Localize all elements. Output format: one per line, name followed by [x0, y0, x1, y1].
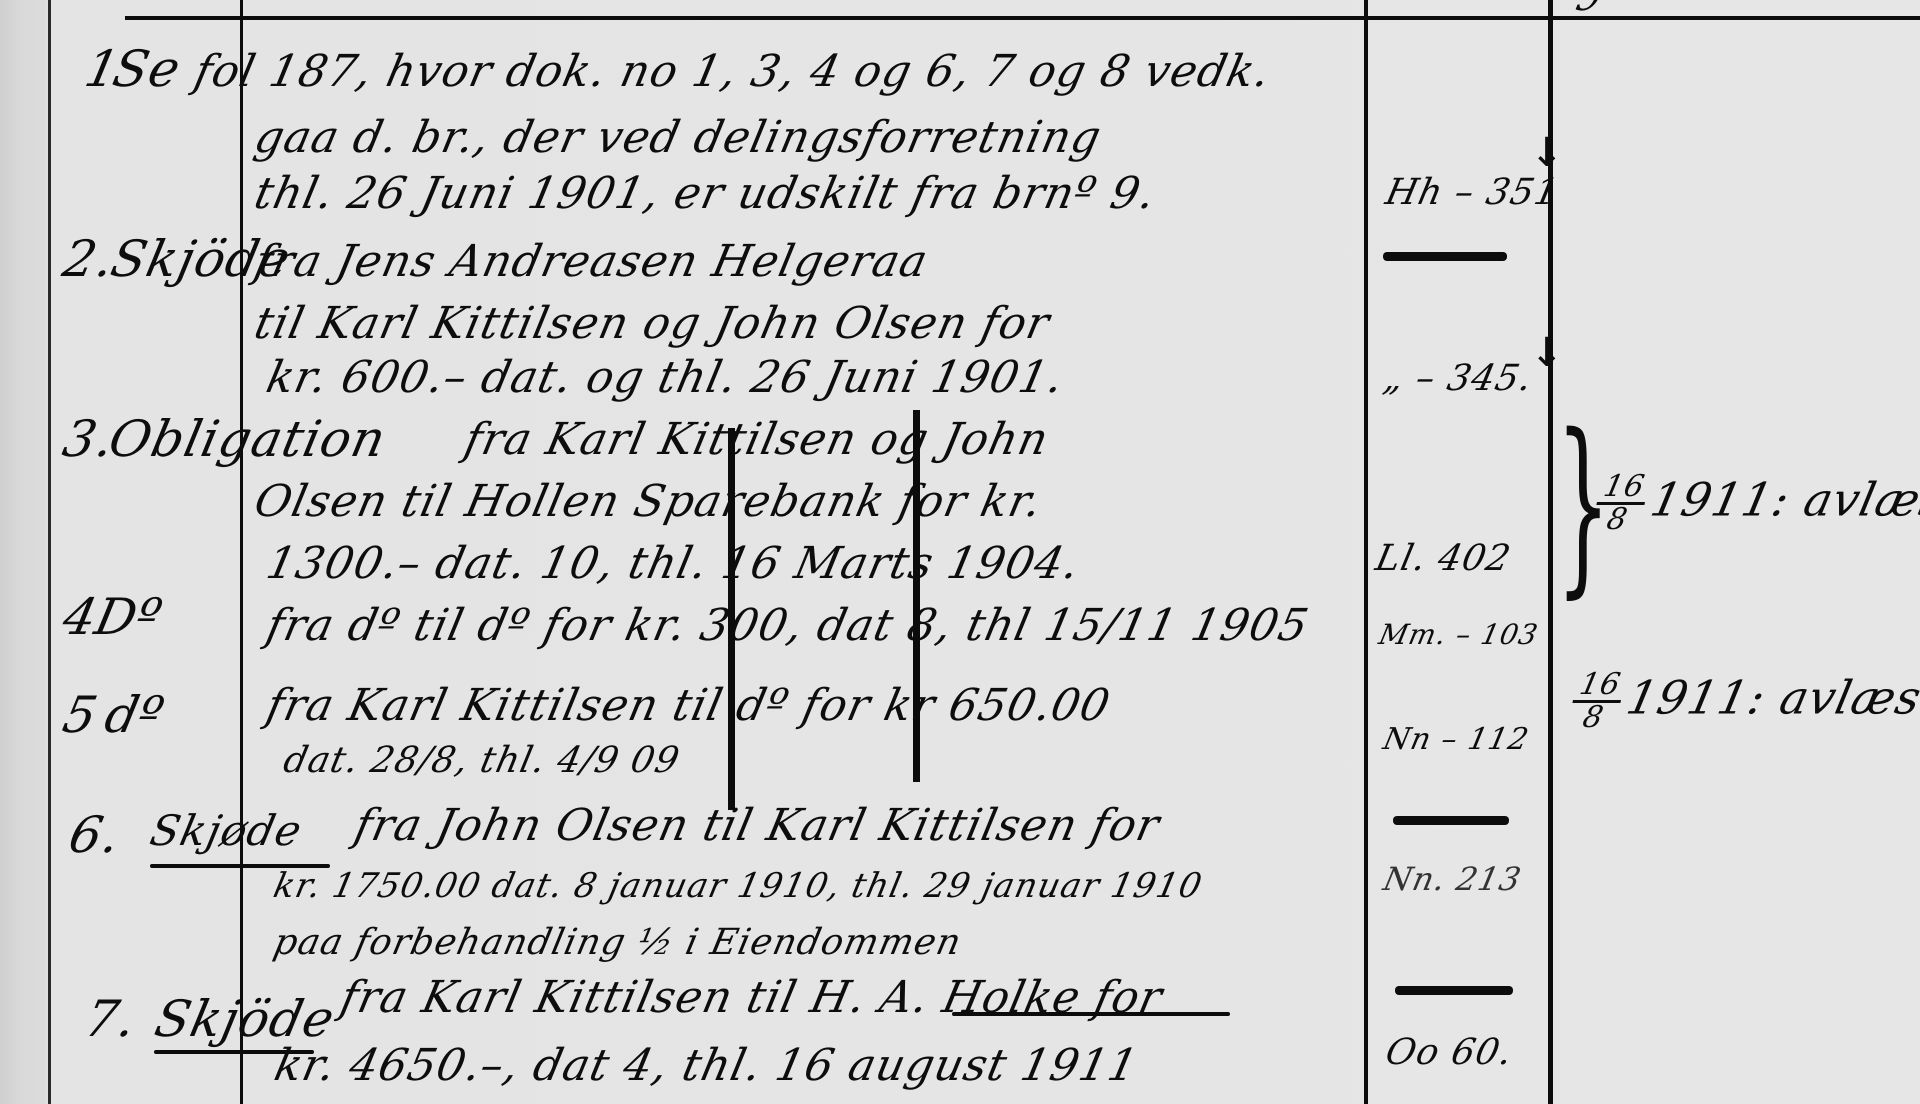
- entry-7-reference: Oo 60.: [1382, 1032, 1517, 1073]
- cancellation-stroke: [728, 428, 735, 810]
- entry-1-line-3: thl. 26 Juni 1901, er udskilt fra brnº 9…: [250, 168, 1161, 219]
- entry-6-line-3: paa forbehandling ½ i Eiendommen: [270, 922, 965, 963]
- entry-1-line-2: gaa d. br., der ved delingsforretning: [250, 112, 1106, 163]
- entry-2-reference: „ – 345.: [1380, 358, 1536, 399]
- entry-1-reference: Hh – 351: [1382, 172, 1563, 213]
- entry-6-type: Skjøde: [146, 806, 307, 855]
- entry-6-line-2: kr. 1750.00 dat. 8 januar 1910, thl. 29 …: [270, 866, 1206, 906]
- header-rule: [125, 16, 1920, 20]
- entry-2-line-2: til Karl Kittilsen og John Olsen for: [250, 298, 1055, 349]
- cancellation-stroke: [913, 410, 920, 782]
- remark-text: 1911: avlæste: [1646, 473, 1920, 527]
- entry-1-line-1: fol 187, hvor dok. no 1, 3, 4 og 6, 7 og…: [190, 46, 1275, 97]
- entry-2-line-1: fra Jens Andreasen Helgeraa: [250, 236, 933, 287]
- entry-5-type: dº: [100, 686, 170, 744]
- remark-entries-3-4: 1681911: avlæste: [1590, 472, 1920, 535]
- entry-6-reference: Nn. 213: [1380, 860, 1525, 898]
- entry-4-reference: Mm. – 103: [1376, 618, 1541, 651]
- entry-5-number: 5: [58, 686, 103, 744]
- entry-7-line-2: kr. 4650.–, dat 4, thl. 16 august 1911: [270, 1040, 1143, 1091]
- entry-3-line-3: 1300.– dat. 10, thl. 16 Marts 1904.: [262, 538, 1084, 589]
- entry-2-line-3: kr. 600.– dat. og thl. 26 Juni 1901.: [262, 352, 1069, 403]
- entry-3-type: Obligation: [104, 410, 392, 468]
- entry-4-type: Dº: [90, 588, 168, 646]
- entry-3-line-1: fra Karl Kittilsen og John: [460, 414, 1053, 465]
- entry-4-line-1: fra dº til dº for kr. 300, dat 8, thl 15…: [262, 600, 1313, 651]
- grantee-underline: [952, 1012, 1230, 1016]
- entry-5-reference: Nn – 112: [1380, 722, 1532, 757]
- entry-1-type: Se: [108, 40, 186, 98]
- entry-6-line-1: fra John Olsen til Karl Kittilsen for: [350, 800, 1164, 851]
- entry-5-line-2: dat. 28/8, thl. 4/9 09: [280, 740, 684, 781]
- remark-text: 1911: avlæst: [1622, 671, 1920, 725]
- entry-6-number: 6.: [64, 806, 126, 864]
- entry-3-line-2: Olsen til Hollen Sparebank for kr.: [250, 476, 1047, 527]
- column-rule-entry: [240, 0, 243, 1104]
- remark-entry-5: 1681911: avlæst: [1566, 670, 1920, 733]
- remark-date-fraction: 168: [1566, 670, 1628, 733]
- entry-3-reference: Ll. 402: [1372, 538, 1515, 579]
- checkmark-icon: ↓: [1530, 330, 1564, 376]
- ledger-page: 9 1 Se fol 187, hvor dok. no 1, 3, 4 og …: [0, 0, 1920, 1104]
- entry-6-reference-dash: [1393, 816, 1509, 825]
- entry-7-number: 7.: [80, 990, 142, 1048]
- entry-7-reference-dash: [1395, 986, 1513, 995]
- checkmark-icon: ↓: [1530, 130, 1564, 176]
- margin-rule-left: [48, 0, 51, 1104]
- entry-2-reference-dash: [1383, 252, 1507, 261]
- entry-5-line-1: fra Karl Kittilsen til dº for kr 650.00: [262, 680, 1115, 731]
- column-rule-text: [1364, 0, 1368, 1104]
